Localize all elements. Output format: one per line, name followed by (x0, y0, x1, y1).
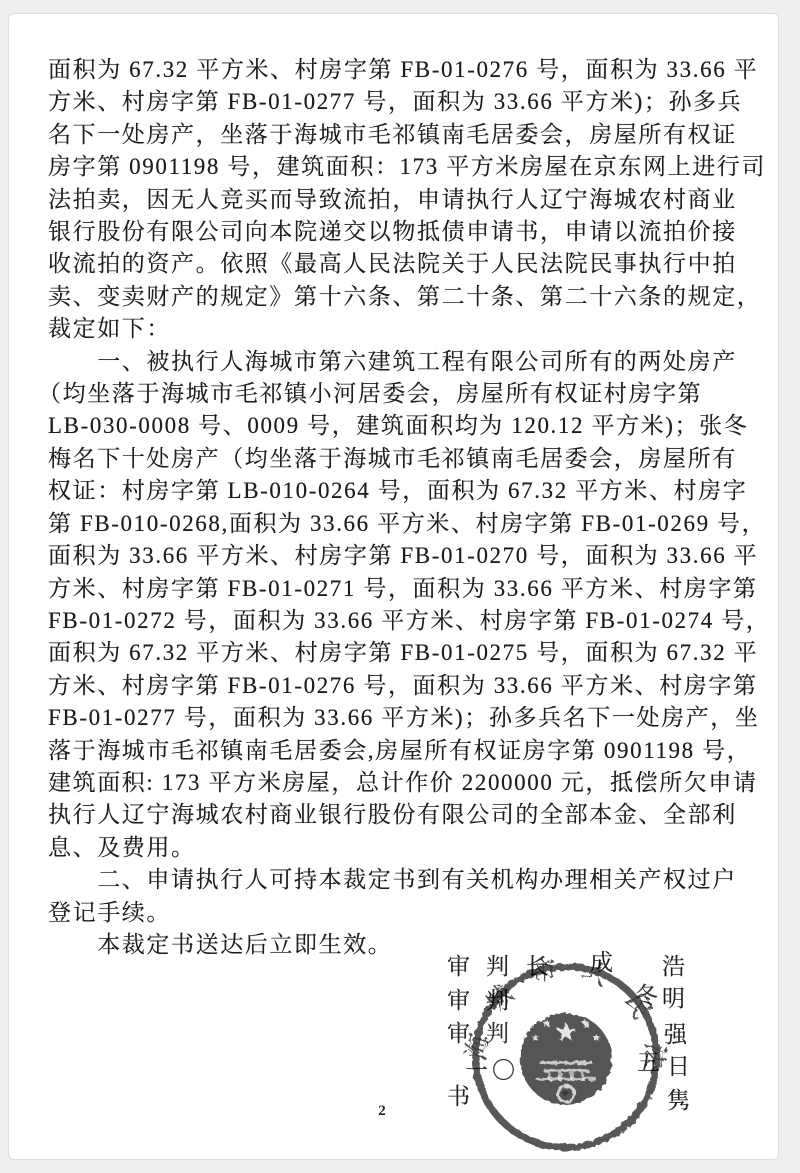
doc-line: FB-01-0277 号，面积为 33.66 平方米)；孙多兵名下一处房产，坐 (48, 702, 760, 734)
doc-line: 梅名下十处房产（均坐落于海城市毛祁镇南毛居委会，房屋所有 (48, 443, 760, 475)
doc-line: （均坐落于海城市毛祁镇小河居委会，房屋所有权证村房字第 (38, 378, 760, 410)
page-number: 2 (352, 1103, 412, 1120)
doc-line: 面积为 67.32 平方米、村房字第 FB-01-0276 号，面积为 33.6… (48, 54, 760, 86)
doc-line: 息、及费用。 (48, 832, 760, 864)
doc-line: 第 FB-010-0268,面积为 33.66 平方米、村房字第 FB-01-0… (48, 508, 760, 540)
doc-line: 法拍卖，因无人竞买而导致流拍，申请执行人辽宁海城农村商业 (48, 184, 760, 216)
court-seal: 海城市人民法院 (454, 945, 678, 1169)
doc-line: 执行人辽宁海城农村商业银行股份有限公司的全部本金、全部利 (48, 799, 760, 831)
national-emblem-icon (520, 1013, 612, 1105)
doc-line: 一、被执行人海城市第六建筑工程有限公司所有的两处房产 (48, 346, 760, 378)
doc-line: 建筑面积: 173 平方米房屋，总计作价 2200000 元，抵偿所欠申请 (48, 767, 760, 799)
doc-line: 房字第 0901198 号，建筑面积：173 平方米房屋在京东网上进行司 (48, 151, 760, 183)
doc-line: 裁定如下： (48, 313, 760, 345)
doc-line: 方米、村房字第 FB-01-0271 号，面积为 33.66 平方米、村房字第 (48, 573, 760, 605)
doc-line: LB-030-0008 号、0009 号，建筑面积均为 120.12 平方米)；… (48, 410, 760, 442)
doc-line: 方米、村房字第 FB-01-0276 号，面积为 33.66 平方米、村房字第 (48, 670, 760, 702)
doc-line: 名下一处房产，坐落于海城市毛祁镇南毛居委会，房屋所有权证 (48, 119, 760, 151)
scanned-document-page: 面积为 67.32 平方米、村房字第 FB-01-0276 号，面积为 33.6… (8, 13, 779, 1160)
doc-line: 二、申请执行人可持本裁定书到有关机构办理相关产权过户 (48, 864, 760, 896)
doc-line: 方米、村房字第 FB-01-0277 号，面积为 33.66 平方米)；孙多兵 (48, 86, 760, 118)
doc-line: FB-01-0272 号，面积为 33.66 平方米、村房字第 FB-01-02… (48, 605, 760, 637)
doc-line: 收流拍的资产。依照《最高人民法院关于人民法院民事执行中拍 (48, 248, 760, 280)
doc-line: 卖、变卖财产的规定》第十六条、第二十条、第二十六条的规定， (48, 281, 760, 313)
doc-line: 银行股份有限公司向本院递交以物抵债申请书，申请以流拍价接 (48, 216, 760, 248)
doc-line: 落于海城市毛祁镇南毛居委会,房屋所有权证房字第 0901198 号， (48, 735, 760, 767)
ruling-body-text: 面积为 67.32 平方米、村房字第 FB-01-0276 号，面积为 33.6… (48, 54, 760, 961)
doc-line: 面积为 67.32 平方米、村房字第 FB-01-0275 号，面积为 67.3… (48, 637, 760, 669)
doc-line: 权证：村房字第 LB-010-0264 号，面积为 67.32 平方米、村房字 (48, 475, 760, 507)
doc-line: 面积为 33.66 平方米、村房字第 FB-01-0270 号，面积为 33.6… (48, 540, 760, 572)
doc-line: 登记手续。 (48, 897, 760, 929)
